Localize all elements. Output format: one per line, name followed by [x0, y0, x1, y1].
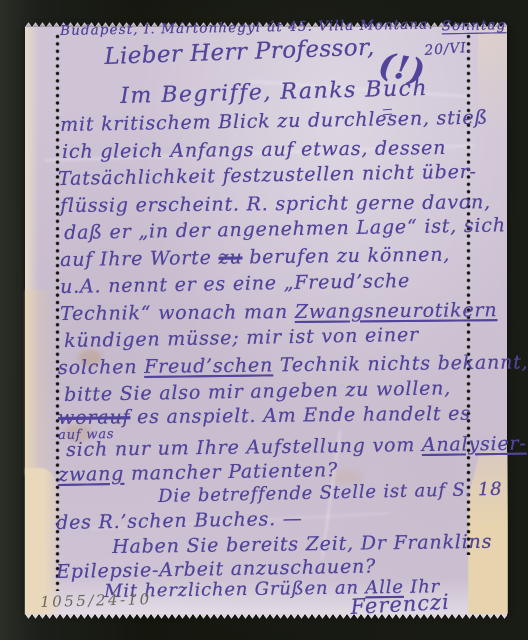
letter-line: Haben Sie bereits Zeit, Dr Franklins [112, 533, 492, 557]
catalog-number: 1055/24-10 [40, 592, 152, 610]
scanned-letter-scene: Budapest, I. Mártonhegyi út 45. Villa Mo… [0, 0, 528, 640]
letter-line: des R.’schen Buches. — [56, 510, 303, 533]
stain [25, 290, 57, 475]
letter-line: auf Ihre Worte zu berufen zu können, [60, 246, 450, 270]
letter-line: Technik“ wonach man Zwangsneurotikern [60, 301, 497, 324]
weekday: Sonntag [442, 17, 507, 34]
date: 20/VI. [424, 41, 472, 58]
letter-line: flüssig erscheint. R. spricht gerne davo… [60, 193, 491, 216]
letter-line: ich gleich Anfangs auf etwas, dessen [62, 139, 446, 162]
letter-line: zwang mancher Patienten? [58, 461, 338, 485]
perforated-edge-bottom [25, 614, 507, 619]
letter-line: worauf es anspielt. Am Ende handelt es [58, 405, 471, 428]
signature: Ferenczi [350, 592, 450, 618]
